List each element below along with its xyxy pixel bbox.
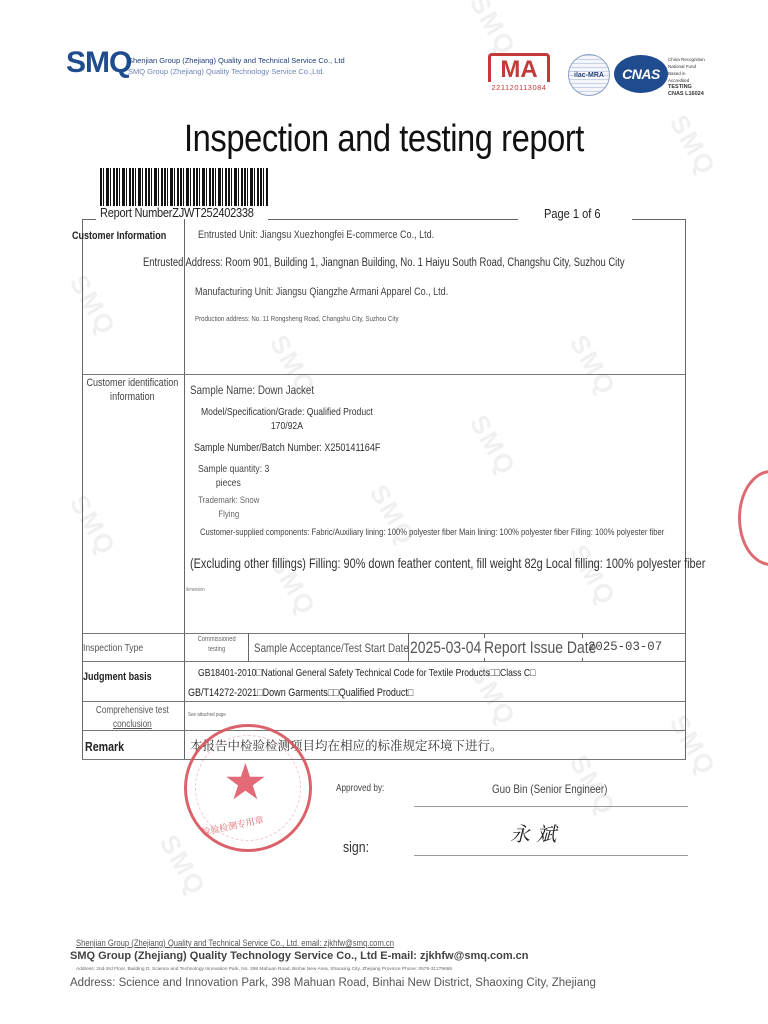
cnas-text-line: Accredited xyxy=(668,77,705,84)
trademark-line: Flying xyxy=(196,509,262,520)
table-border xyxy=(268,219,518,220)
table-divider xyxy=(82,701,686,702)
trademark: Trademark: Snow Flying xyxy=(196,495,262,520)
customer-info-label: Customer Information xyxy=(72,230,166,242)
model-line: Model/Specification/Grade: Qualified Pro… xyxy=(200,406,374,418)
judgment-standard-1: GB18401-2010□National General Safety Tec… xyxy=(198,667,535,679)
manufacturing-unit: Manufacturing Unit: Jiangsu Qiangzhe Arm… xyxy=(195,286,448,298)
cnas-text-line: TESTING xyxy=(668,84,705,91)
quantity-line: pieces xyxy=(198,477,259,489)
table-divider xyxy=(82,759,686,760)
sample-name: Sample Name: Down Jacket xyxy=(190,383,314,397)
ilac-mra-logo: ilac-MRA xyxy=(568,54,610,96)
sample-quantity: Sample quantity: 3 pieces xyxy=(198,463,259,489)
company-name: Shenjian Group (Zhejiang) Quality and Te… xyxy=(128,55,345,77)
cma-number: 221120113084 xyxy=(488,83,550,92)
model-line: 170/92A xyxy=(200,420,374,432)
cnas-text-line: National Fund xyxy=(668,63,705,70)
ilac-mra-label: ilac-MRA xyxy=(574,72,604,79)
customer-identification-label: Customer identification information xyxy=(84,377,181,403)
table-divider xyxy=(82,661,686,662)
star-icon: ★ xyxy=(223,757,268,807)
quantity-line: Sample quantity: 3 xyxy=(198,463,259,475)
signature: 永 斌 xyxy=(510,818,556,847)
cma-mark: MA xyxy=(488,53,550,82)
label-line: Customer identification xyxy=(84,377,181,389)
page-indicator: Page 1 of 6 xyxy=(544,206,601,221)
inspection-type-value: Commissioned testing xyxy=(188,636,245,653)
inspection-type-label: Inspection Type xyxy=(83,642,143,654)
start-date-value: 2025-03-04 xyxy=(410,638,481,658)
company-name-line2: SMQ Group (Zhejiang) Quality Technology … xyxy=(128,66,345,77)
report-number-value: ZJWT252402338 xyxy=(172,205,253,220)
table-divider xyxy=(184,219,185,759)
judgment-standard-2: GB/T14272-2021□Down Garments□□Qualified … xyxy=(188,687,413,699)
batch-number: Sample Number/Batch Number: X250141164F xyxy=(194,442,380,454)
production-address: Production address: No. 11 Rongsheng Roa… xyxy=(195,314,399,323)
model-specification: Model/Specification/Grade: Qualified Pro… xyxy=(200,406,374,432)
approved-by-label: Approved by: xyxy=(336,783,384,794)
watermark: SMQ xyxy=(63,270,122,342)
report-number: Report NumberZJWT252402338 xyxy=(100,205,254,220)
watermark: SMQ xyxy=(463,410,522,482)
approver-name: Guo Bin (Senior Engineer) xyxy=(492,782,607,796)
issue-date-label: Report Issue Date xyxy=(484,638,596,658)
conclusion-label-line: Comprehensive test xyxy=(84,705,181,716)
label-line: information xyxy=(84,391,181,403)
dimension-label: dimension xyxy=(186,587,205,593)
watermark: SMQ xyxy=(153,830,212,902)
official-seal: ★ 检验检测专用章 xyxy=(184,724,312,852)
entrusted-address: Entrusted Address: Room 901, Building 1,… xyxy=(143,257,625,269)
company-name-line1: Shenjian Group (Zhejiang) Quality and Te… xyxy=(128,55,345,66)
watermark: SMQ xyxy=(563,540,622,612)
cnas-text-line: CNAS L16024 xyxy=(668,91,705,98)
cnas-label: CNAS xyxy=(622,66,660,82)
table-border xyxy=(685,219,686,759)
watermark: SMQ xyxy=(563,330,622,402)
partial-seal xyxy=(738,470,768,566)
report-number-label: Report Number xyxy=(100,205,172,220)
table-border xyxy=(82,219,96,220)
footer-company-email: Shenjian Group (Zhejiang) Quality and Te… xyxy=(76,938,394,948)
approved-by-line xyxy=(414,806,688,807)
watermark: SMQ xyxy=(363,480,422,552)
cnas-accreditation-text: China Recognition National Fund Based in… xyxy=(668,56,705,98)
entrusted-unit: Entrusted Unit: Jiangsu Xuezhongfei E-co… xyxy=(198,229,434,241)
sign-line xyxy=(414,855,688,856)
cnas-text-line: Based in xyxy=(668,70,705,77)
cnas-text-line: China Recognition xyxy=(668,56,705,63)
issue-date-value: 2025-03-07 xyxy=(588,639,662,654)
footer-company-email-en: SMQ Group (Zhejiang) Quality Technology … xyxy=(70,950,529,962)
barcode xyxy=(100,168,268,206)
conclusion-label: Comprehensive test conclusion xyxy=(84,705,181,730)
table-border xyxy=(632,219,685,220)
type-line: Commissioned xyxy=(188,636,245,643)
type-line: testing xyxy=(188,646,245,653)
table-divider xyxy=(82,730,686,731)
cma-logo: MA 221120113084 xyxy=(488,53,550,92)
remark-label: Remark xyxy=(85,739,124,754)
conclusion-value: See attached page xyxy=(188,712,226,718)
footer-address: Address: Science and Innovation Park, 39… xyxy=(70,977,596,989)
conclusion-label-line: conclusion xyxy=(84,719,181,730)
customer-supplied-components: Customer-supplied components: Fabric/Aux… xyxy=(200,527,664,538)
watermark: SMQ xyxy=(663,710,722,782)
judgment-basis-label: Judgment basis xyxy=(83,671,152,683)
filling-description: (Excluding other fillings) Filling: 90% … xyxy=(190,555,705,571)
table-divider xyxy=(82,374,686,375)
smq-logo: SMQ xyxy=(66,46,131,80)
page-title: Inspection and testing report xyxy=(54,118,714,161)
sign-label: sign: xyxy=(343,839,369,856)
table-divider xyxy=(82,633,686,634)
table-divider xyxy=(248,633,249,661)
cnas-logo: CNAS xyxy=(614,55,668,93)
trademark-line: Trademark: Snow xyxy=(196,495,262,506)
watermark: SMQ xyxy=(63,490,122,562)
footer-address-detail: Address: 2nd-3rd Floor, Building D, Scie… xyxy=(76,967,452,972)
start-date-label: Sample Acceptance/Test Start Date xyxy=(254,641,409,655)
